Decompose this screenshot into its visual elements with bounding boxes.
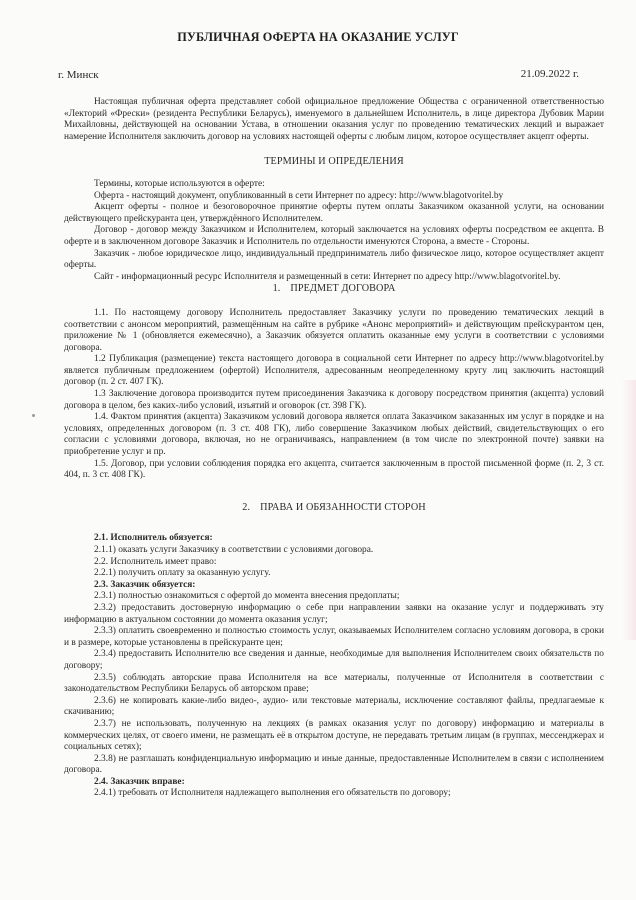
terms-lead: Термины, которые используются в оферте: (64, 179, 604, 191)
clause-2-3-1: 2.3.1) полностью ознакомиться с офертой … (64, 591, 604, 603)
section-2-title: ПРАВА И ОБЯЗАННОСТИ СТОРОН (260, 502, 426, 513)
clause-2-3-2: 2.3.2) предоставить достоверную информац… (64, 603, 604, 626)
term-acceptance: Акцепт оферты - полное и безоговорочное … (64, 202, 604, 225)
clause-1-5: 1.5. Договор, при условии соблюдения пор… (64, 459, 604, 482)
clause-2-4-1: 2.4.1) требовать от Исполнителя надлежащ… (64, 788, 604, 800)
scan-speck (32, 414, 35, 417)
clause-2-2-1: 2.2.1) получить оплату за оказанную услу… (64, 568, 604, 580)
clause-2-3-5: 2.3.5) соблюдать авторские права Исполни… (64, 673, 604, 696)
section-1-heading: 1.ПРЕДМЕТ ДОГОВОРА (64, 283, 604, 295)
clause-2-3-3: 2.3.3) оплатить своевременно и полностью… (64, 626, 604, 649)
clause-2-1-title: 2.1. Исполнитель обязуется: (64, 533, 604, 545)
scan-edge-tint (622, 380, 636, 640)
clause-1-4: 1.4. Фактом принятия (акцепта) Заказчико… (64, 412, 604, 458)
document-title: ПУБЛИЧНАЯ ОФЕРТА НА ОКАЗАНИЕ УСЛУГ (0, 30, 636, 45)
section-1-number: 1. (273, 283, 281, 294)
clause-2-3-6: 2.3.6) не копировать какие-либо видео-, … (64, 696, 604, 719)
clause-1-2: 1.2 Публикация (размещение) текста насто… (64, 354, 604, 389)
clause-2-4-title: 2.4. Заказчик вправе: (64, 777, 604, 789)
term-site: Сайт - информационный ресурс Исполнителя… (64, 272, 604, 284)
term-customer: Заказчик - любое юридическое лицо, индив… (64, 249, 604, 272)
section-1-title: ПРЕДМЕТ ДОГОВОРА (290, 283, 395, 294)
term-contract: Договор - договор между Заказчиком и Исп… (64, 225, 604, 248)
term-offer: Оферта - настоящий документ, опубликован… (64, 191, 604, 203)
clause-2-3-7: 2.3.7) не использовать, полученную на ле… (64, 719, 604, 754)
clause-2-3-title: 2.3. Заказчик обязуется: (64, 580, 604, 592)
document-date: 21.09.2022 г. (521, 68, 579, 80)
document-body: Настоящая публичная оферта представляет … (64, 97, 604, 800)
intro-paragraph: Настоящая публичная оферта представляет … (64, 97, 604, 143)
document-page: ПУБЛИЧНАЯ ОФЕРТА НА ОКАЗАНИЕ УСЛУГ г. Ми… (0, 0, 636, 900)
terms-heading: ТЕРМИНЫ И ОПРЕДЕЛЕНИЯ (64, 156, 604, 168)
clause-2-2-title: 2.2. Исполнитель имеет право: (64, 557, 604, 569)
section-2-number: 2. (242, 502, 250, 513)
clause-2-3-8: 2.3.8) не разглашать конфиденциальную ин… (64, 754, 604, 777)
clause-2-1-1: 2.1.1) оказать услуги Заказчику в соотве… (64, 545, 604, 557)
clause-1-1: 1.1. По настоящему договору Исполнитель … (64, 308, 604, 354)
section-2-heading: 2.ПРАВА И ОБЯЗАННОСТИ СТОРОН (64, 502, 604, 514)
document-city: г. Минск (58, 69, 99, 81)
clause-2-3-4: 2.3.4) предоставить Исполнителю все свед… (64, 649, 604, 672)
clause-1-3: 1.3 Заключение договора производится пут… (64, 389, 604, 412)
